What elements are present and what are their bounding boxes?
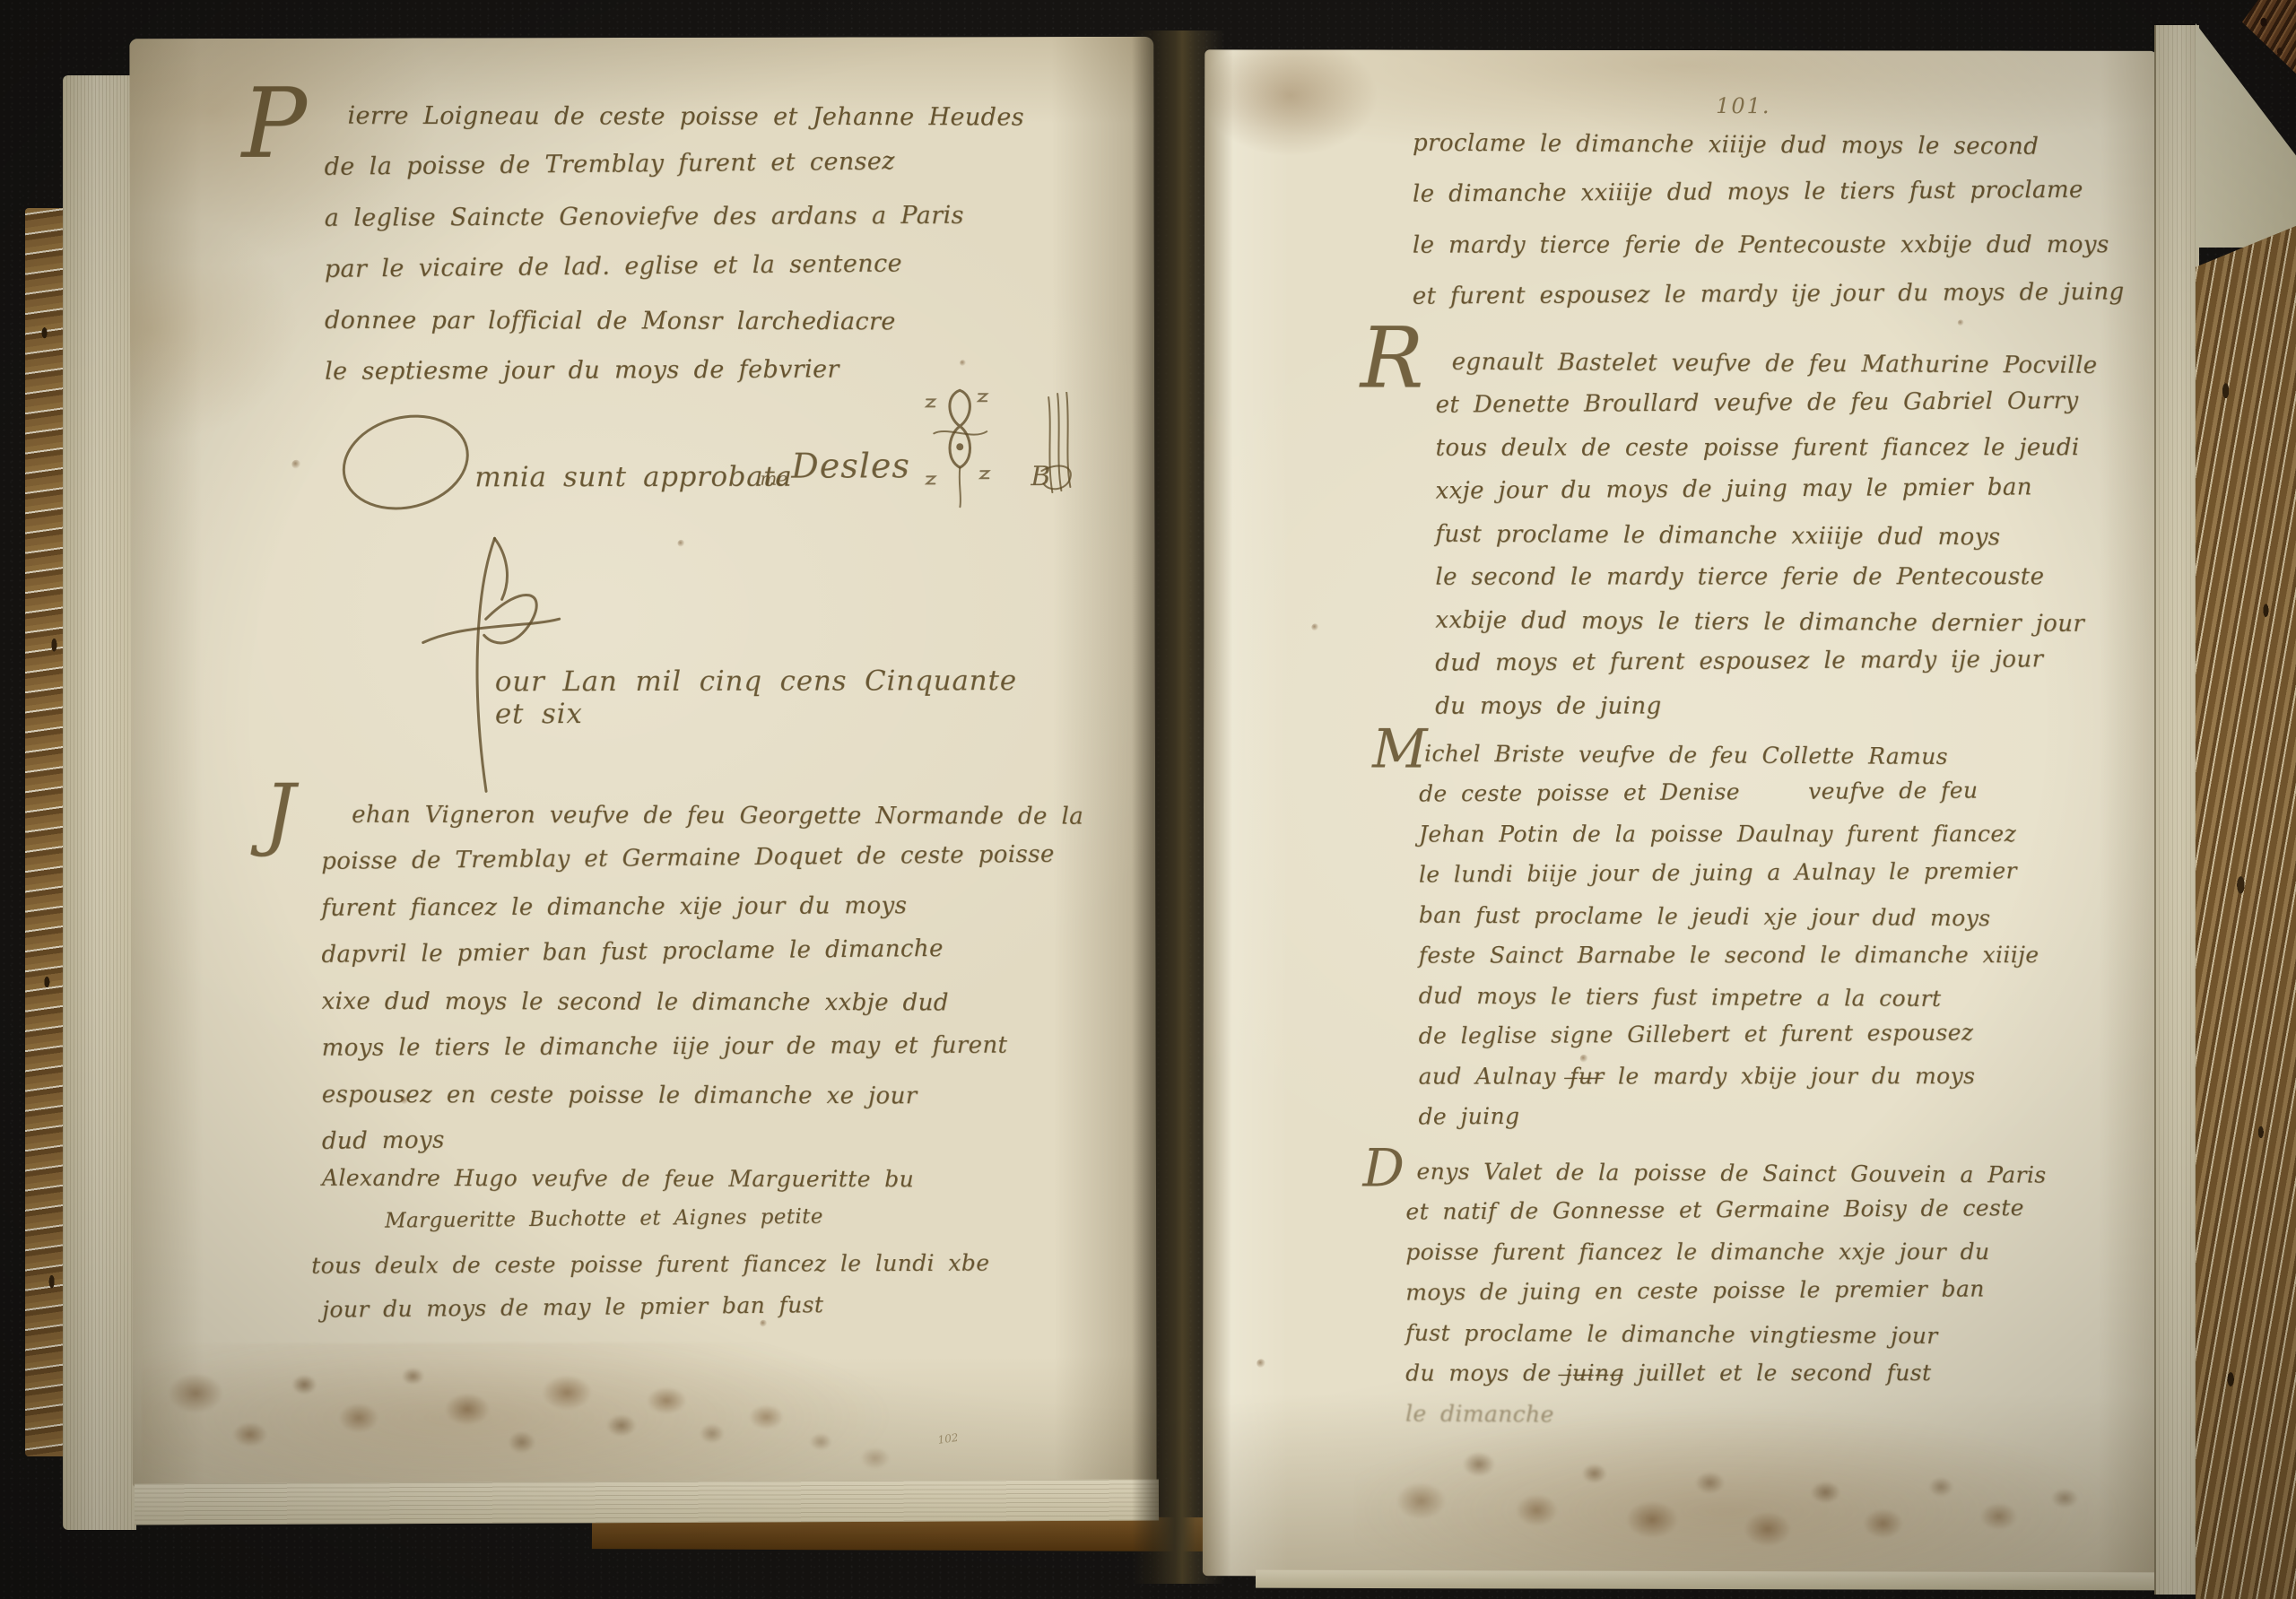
foxing-stain-band [141, 1342, 1047, 1488]
manuscript-line: moys de juing en ceste poisse le premier… [1405, 1268, 2046, 1313]
foxing-dot [760, 1320, 767, 1327]
page-number: 101. [1716, 93, 1770, 118]
right-page: 101. proclame le dimanche xiiije dud moy… [1203, 49, 2157, 1577]
decorated-initial-d: D [1362, 1143, 1405, 1195]
manuscript-line: Margueritte Buchotte et Aignes petite [385, 1194, 990, 1244]
manuscript-line: xxje jour du moys de juing may le pmier … [1435, 465, 2097, 513]
right-page-block-bottom-edge [1256, 1570, 2161, 1591]
manuscript-line: dapvril le pmier ban fust proclame le di… [321, 924, 1083, 978]
right-entry-continuation: proclame le dimanche xiiije dud moys le … [1413, 118, 2125, 324]
foxing-dot [1311, 623, 1318, 630]
manuscript-line: et Denette Broullard veufve de feu Gabri… [1435, 379, 2097, 427]
manuscript-line: poisse furent fiancez le dimanche xxje j… [1405, 1231, 2046, 1272]
manuscript-line: tous deulx de ceste poisse furent fiance… [1436, 426, 2098, 470]
manuscript-line: a leglise Saincte Genoviefve des ardans … [325, 189, 1025, 243]
manuscript-line: de leglise signe Gillebert et furent esp… [1419, 1012, 2039, 1056]
manuscript-line: furent fiancez le dimanche xije jour du … [321, 882, 1083, 932]
decorated-initial-p-flourish [408, 529, 570, 798]
manuscript-line: et furent espousez le mardy ije jour du … [1413, 266, 2125, 322]
paragraph-lines: ichel Briste veufve de feu Collette Ramu… [1418, 734, 2039, 1138]
manuscript-line: le lundi biije jour de juing a Aulnay le… [1419, 850, 2039, 894]
decorated-initial-p: P [241, 76, 307, 173]
approbation-text: mnia sunt approbata [474, 461, 792, 494]
foxing-dot [960, 360, 966, 366]
year-heading: our Lan mil cinq cens Cinquante et six [408, 528, 1037, 807]
left-entry-pierre-loigneau: P ierre Loigneau de ceste poisse et Jeha… [324, 89, 1024, 397]
decorated-initial-o [338, 409, 473, 515]
left-page-block-bottom-edge [135, 1480, 1159, 1525]
manuscript-line: le septiesme jour du moys de febvrier [325, 343, 1025, 396]
manuscript-line: xixe dud moys le second le dimanche xxbj… [321, 978, 1083, 1027]
manuscript-line: dud moys et furent espousez le mardy ije… [1435, 638, 2097, 685]
manuscript-line: fust proclame le dimanche vingtiesme jou… [1405, 1313, 2046, 1357]
notary-paraph-icon: B [1022, 392, 1084, 500]
manuscript-line: donnee par lofficial de Monsr larchediac… [325, 295, 1025, 348]
paragraph-lines: proclame le dimanche xiiije dud moys le … [1413, 118, 2125, 324]
paragraph-lines: ierre Loigneau de ceste poisse et Jehann… [324, 89, 1024, 397]
right-entry-regnault-bastelet: R egnault Bastelet veufve de feu Mathuri… [1435, 341, 2097, 729]
year-heading-text: our Lan mil cinq cens Cinquante et six [495, 665, 1037, 730]
notary-monogram-knot-icon [923, 378, 996, 512]
foxing-stain-band [1355, 1390, 2157, 1575]
left-entry-jehan-vigneron: J ehan Vigneron veufve de feu Georgette … [321, 790, 1084, 1165]
marbled-cover-right [2196, 226, 2296, 1599]
manuscript-line: le second le mardy tierce ferie de Pente… [1435, 555, 2097, 599]
paragraph-lines: Alexandre Hugo veufve de feue Margueritt… [322, 1154, 990, 1332]
notary-signature-prefix: me [760, 468, 787, 490]
left-page: P ierre Loigneau de ceste poisse et Jeha… [129, 37, 1156, 1488]
paraph-letter: B [1030, 461, 1050, 492]
foxing-dot [1257, 1359, 1265, 1368]
foxing-dot [1958, 319, 1964, 326]
manuscript-line: jour du moys de may le pmier ban fust [322, 1281, 990, 1331]
paragraph-lines: egnault Bastelet veufve de feu Mathurine… [1435, 341, 2097, 729]
manuscript-line: feste Sainct Barnabe le second le dimanc… [1419, 934, 2039, 975]
manuscript-line: de juing [1418, 1092, 2039, 1136]
manuscript-line: Jehan Potin de la poisse Daulnay furent … [1419, 813, 2039, 854]
paragraph-lines: ehan Vigneron veufve de feu Georgette No… [321, 790, 1084, 1165]
manuscript-line: du moys de juing [1435, 684, 2097, 728]
manuscript-line: le mardy tierce ferie de Pentecouste xxb… [1413, 220, 2125, 272]
right-entry-michel-briste: M ichel Briste veufve de feu Collette Ra… [1418, 734, 2039, 1138]
foxing-dot [291, 460, 300, 469]
right-page-block-fore-edge [2154, 25, 2199, 1595]
manuscript-line: poisse de Tremblay et Germaine Doquet de… [321, 830, 1083, 884]
manuscript-line: de ceste poisse et Denise veufve de feu [1419, 769, 2039, 813]
foxing-dot [401, 1097, 409, 1105]
decorated-initial-r: R [1361, 317, 1424, 402]
manuscript-line: fust proclame le dimanche xxiiije dud mo… [1435, 513, 2097, 560]
manuscript-line: du moys de j̶u̶i̶n̶g̶ juillet et le seco… [1405, 1352, 2046, 1393]
manuscript-line: de la poisse de Tremblay furent et cense… [324, 135, 1024, 193]
left-page-block-fore-edge [63, 75, 136, 1530]
manuscript-line: le dimanche xxiiije dud moys le tiers fu… [1413, 164, 2125, 220]
manuscript-line: ban fust proclame le jeudi xje jour dud … [1419, 895, 2039, 939]
manuscript-line: par le vicaire de lad. eglise et la sent… [325, 237, 1025, 295]
manuscript-line: et natif de Gonnesse et Germaine Boisy d… [1405, 1187, 2046, 1232]
manuscript-line: aud Aulnay f̶u̶r̶ le mardy xbije jour du… [1419, 1056, 2039, 1096]
notary-signature: Desles [791, 446, 910, 485]
manuscript-line: moys le tiers le dimanche iije jour de m… [322, 1021, 1084, 1072]
foxing-dot [1580, 1055, 1588, 1063]
left-entry-alexandre-hugo: Alexandre Hugo veufve de feue Margueritt… [322, 1154, 990, 1332]
manuscript-line: tous deulx de ceste poisse furent fiance… [311, 1241, 989, 1288]
decorated-initial-j: J [264, 774, 296, 853]
manuscript-scan-photo: P ierre Loigneau de ceste poisse et Jeha… [0, 0, 2296, 1599]
foxing-dot [677, 540, 684, 547]
